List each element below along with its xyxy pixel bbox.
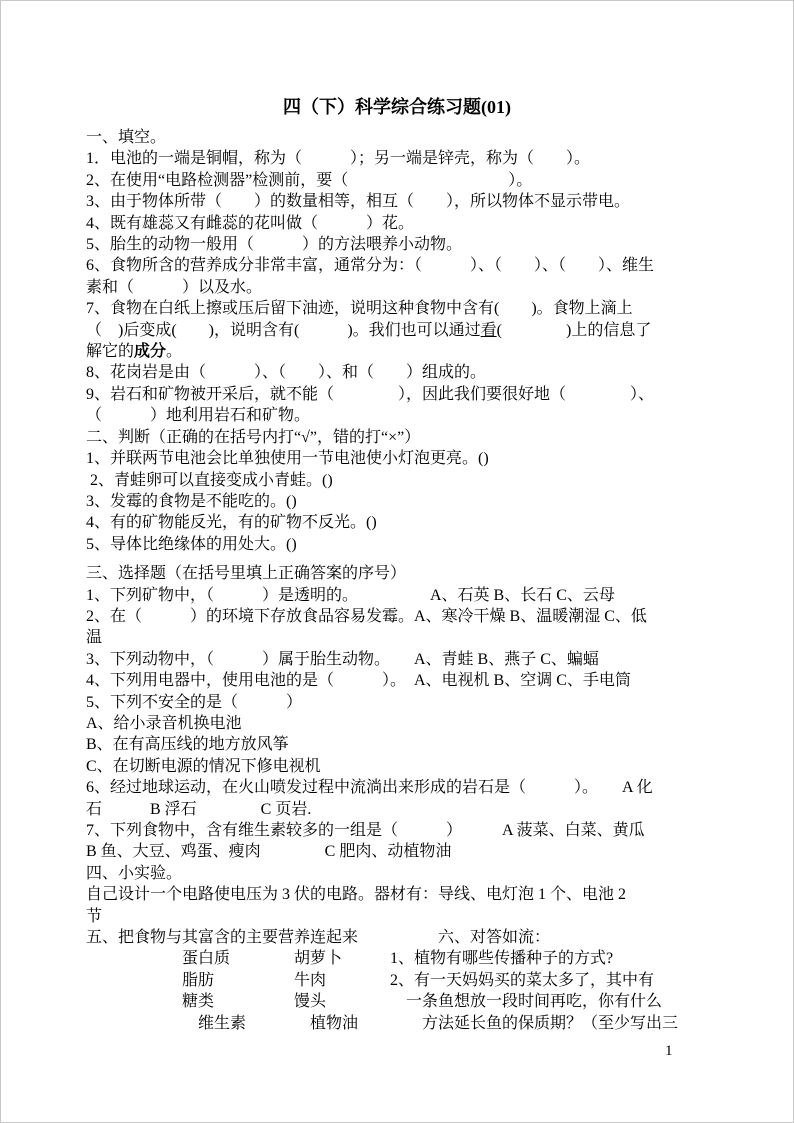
fill-q7-line2-post: ( )上的信息了 bbox=[497, 322, 652, 339]
choice-q2-line1: 2、在（ ）的环境下存放食品容易发霉。A、寒冷干燥 B、温暖潮湿 C、低 bbox=[86, 606, 714, 627]
page-title: 四（下）科学综合练习题(01) bbox=[1, 95, 793, 119]
choice-q1: 1、下列矿物中，（ ）是透明的。 A、石英 B、长石 C、云母 bbox=[86, 585, 714, 606]
match-qa-row-4: 维生素 植物油 方法延长鱼的保质期？（至少写出三 bbox=[86, 1013, 714, 1034]
page-number: 1 bbox=[665, 1041, 673, 1061]
fill-q6-line1: 6、食物所含的营养成分非常丰富，通常分为：（ ）、（ ）、（ ）、维生 bbox=[86, 255, 714, 276]
fill-q6-line2: 素和（ ）以及水。 bbox=[86, 277, 714, 298]
fill-q7-line3-post: 。 bbox=[166, 343, 182, 360]
judge-q1: 1、并联两节电池会比单独使用一节电池使小灯泡更亮。() bbox=[86, 448, 714, 469]
judge-q5: 5、导体比绝缘体的用处大。() bbox=[86, 534, 714, 555]
fill-section-heading: 一、填空。 bbox=[86, 127, 714, 148]
fill-q7-line1: 7、食物在白纸上擦或压后留下油迹，说明这种食物中含有( )。食物上滴上 bbox=[86, 298, 714, 319]
choice-q4: 4、下列用电器中，使用电池的是（ ）。 A、电视机 B、空调 C、手电筒 bbox=[86, 670, 714, 691]
choice-q6-line2: 石 B 浮石 C 页岩. bbox=[86, 799, 714, 820]
choice-q5-option-b: B、在有高压线的地方放风筝 bbox=[86, 734, 714, 755]
choice-q5-option-a: A、给小录音机换电池 bbox=[86, 713, 714, 734]
fill-q1: 1．电池的一端是铜帽，称为（ ）；另一端是锌壳，称为（ ）。 bbox=[86, 148, 714, 169]
fill-q7-line3-bold-word: 成分 bbox=[134, 343, 166, 360]
fill-q7-line3: 解它的成分。 bbox=[86, 341, 714, 362]
fill-q7-line2-pre: （ )后变成( )，说明含有( )。我们也可以通过 bbox=[86, 322, 481, 339]
judge-section-heading: 二、判断（正确的在括号内打“√”，错的打“×”） bbox=[86, 427, 714, 448]
choice-section-heading: 三、选择题（在括号里填上正确答案的序号） bbox=[86, 563, 714, 584]
fill-q7-line2: （ )后变成( )，说明含有( )。我们也可以通过看( )上的信息了 bbox=[86, 320, 714, 341]
fill-q9-line1: 9、岩石和矿物被开采后，就不能（ ），因此我们要很好地（ ）、 bbox=[86, 384, 714, 405]
experiment-section-heading: 四、小实验。 bbox=[86, 863, 714, 884]
choice-q7-line1: 7、下列食物中，含有维生素较多的一组是（ ） A 菠菜、白菜、黄瓜 bbox=[86, 820, 714, 841]
fill-q3: 3、由于物体所带（ ）的数量相等，相互（ ），所以物体不显示带电。 bbox=[86, 191, 714, 212]
judge-q4: 4、有的矿物能反光，有的矿物不反光。() bbox=[86, 512, 714, 533]
experiment-body-line1: 自己设计一个电路使电压为 3 伏的电路。器材有：导线、电灯泡 1 个、电池 2 bbox=[86, 884, 714, 905]
match-qa-row-1: 蛋白质 胡萝卜 1、植物有哪些传播种子的方式? bbox=[86, 948, 714, 969]
fill-q7-line3-pre: 解它的 bbox=[86, 343, 134, 360]
choice-q6-line1: 6、经过地球运动，在火山喷发过程中流淌出来形成的岩石是（ ）。 A 化 bbox=[86, 777, 714, 798]
match-qa-section-heading: 五、把食物与其富含的主要营养连起来 六、对答如流： bbox=[86, 927, 714, 948]
fill-q4: 4、既有雄蕊又有雌蕊的花叫做（ ）花。 bbox=[86, 213, 714, 234]
match-qa-row-2: 脂肪 牛肉 2、有一天妈妈买的菜太多了，其中有 bbox=[86, 970, 714, 991]
choice-q2-line2: 温 bbox=[86, 627, 714, 648]
fill-q8: 8、花岗岩是由（ ）、（ ）、和（ ）组成的。 bbox=[86, 362, 714, 383]
fill-q7-line2-underlined-word: 看 bbox=[481, 322, 497, 339]
fill-q9-line2: （ ）地利用岩石和矿物。 bbox=[86, 405, 714, 426]
document-body: 一、填空。 1．电池的一端是铜帽，称为（ ）；另一端是锌壳，称为（ ）。 2、在… bbox=[86, 127, 714, 1034]
choice-q7-line2: B 鱼、大豆、鸡蛋、瘦肉 C 肥肉、动植物油 bbox=[86, 841, 714, 862]
fill-q5: 5、胎生的动物一般用（ ）的方法喂养小动物。 bbox=[86, 234, 714, 255]
fill-q2: 2、在使用“电路检测器”检测前，要（ ）。 bbox=[86, 170, 714, 191]
choice-q5: 5、下列不安全的是（ ） bbox=[86, 692, 714, 713]
experiment-body-line2: 节 bbox=[86, 906, 714, 927]
match-qa-row-3: 糖类 馒头 一条鱼想放一段时间再吃，你有什么 bbox=[86, 991, 714, 1012]
choice-q5-option-c: C、在切断电源的情况下修电视机 bbox=[86, 756, 714, 777]
worksheet-page: 四（下）科学综合练习题(01) 一、填空。 1．电池的一端是铜帽，称为（ ）；另… bbox=[0, 0, 794, 1123]
choice-q3: 3、下列动物中，（ ）属于胎生动物。 A、青蛙 B、燕子 C、蝙蝠 bbox=[86, 649, 714, 670]
judge-q3: 3、发霉的食物是不能吃的。() bbox=[86, 491, 714, 512]
judge-q2: 2、青蛙卵可以直接变成小青蛙。() bbox=[86, 470, 714, 491]
